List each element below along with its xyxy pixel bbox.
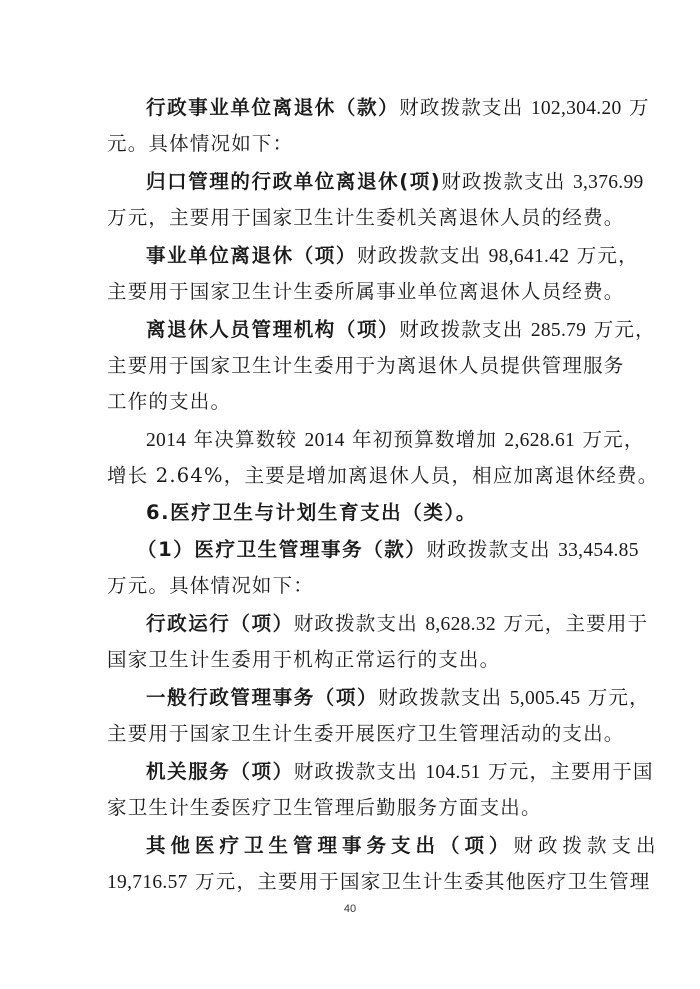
paragraph-line: 元。具体情况如下： xyxy=(107,126,593,162)
amount: 2,628.61 xyxy=(504,430,575,451)
body-text: 万元，主要用于 xyxy=(496,612,648,635)
amount: 285.79 xyxy=(531,320,586,341)
year: 2014 xyxy=(146,430,186,451)
paragraph-line: 增长 2.64%，主要是增加离退休人员，相应加离退休经费。 xyxy=(107,458,593,494)
body-text: 主要用于国家卫生计生委开展医疗卫生管理活动的支出。 xyxy=(107,722,625,745)
page-number: 40 xyxy=(0,903,700,915)
body-text: 财政拨款支出 xyxy=(399,318,531,341)
paragraph-line: 事业单位离退休（项）财政拨款支出 98,641.42 万元， xyxy=(107,238,593,274)
paragraph-line: 归口管理的行政单位离退休(项)财政拨款支出 3,376.99 xyxy=(107,164,593,200)
paragraph-line: 万元。具体情况如下： xyxy=(107,568,593,604)
paragraph-line: 其他医疗卫生管理事务支出（项）财政拨款支出 xyxy=(107,828,593,864)
body-text: 万元，主要用于国家卫生计生委机关离退休人员的经费。 xyxy=(107,206,625,229)
body-text: 年决算数较 xyxy=(186,428,304,451)
paragraph-line: 主要用于国家卫生计生委开展医疗卫生管理活动的支出。 xyxy=(107,716,593,752)
body-text: 财政拨款支出 xyxy=(441,170,573,193)
amount: 19,716.57 xyxy=(107,872,188,893)
body-text: 元。具体情况如下： xyxy=(107,132,293,155)
paragraph-line: 万元，主要用于国家卫生计生委机关离退休人员的经费。 xyxy=(107,200,593,236)
amount: 3,376.99 xyxy=(573,172,644,193)
amount: 98,641.42 xyxy=(489,246,570,267)
section-heading: 6.医疗卫生与计划生育支出（类）。 xyxy=(107,495,593,531)
paragraph-line: 家卫生计生委医疗卫生管理后勤服务方面支出。 xyxy=(107,790,593,826)
paragraph-line: 2014 年决算数较 2014 年初预算数增加 2,628.61 万元， xyxy=(107,422,593,458)
paragraph-line: 19,716.57 万元，主要用于国家卫生计生委其他医疗卫生管理 xyxy=(107,864,593,900)
body-text: 财政拨款支出 xyxy=(399,96,531,119)
body-text: 万元，主要用于国家卫生计生委其他医疗卫生管理 xyxy=(188,870,651,893)
paragraph-line: 机关服务（项）财政拨款支出 104.51 万元，主要用于国 xyxy=(107,754,593,790)
body-text: 财政拨款支出 xyxy=(357,244,489,267)
amount: 8,628.32 xyxy=(425,614,496,635)
item-heading: 离退休人员管理机构（项） xyxy=(146,318,399,341)
paragraph-line: 行政事业单位离退休（款）财政拨款支出 102,304.20 万 xyxy=(107,90,593,126)
item-heading: 事业单位离退休（项） xyxy=(146,244,357,267)
body-text: 年初预算数增加 xyxy=(345,428,505,451)
body-text: 万元， xyxy=(580,686,650,709)
body-text: 增长 2.64%，主要是增加离退休人员，相应加离退休经费。 xyxy=(107,464,658,487)
amount: 33,454.85 xyxy=(558,540,639,561)
item-heading: 行政事业单位离退休（款） xyxy=(146,96,399,119)
amount: 104.51 xyxy=(425,762,480,783)
body-text: 财政拨款支出 xyxy=(514,834,661,857)
paragraph-line: 离退休人员管理机构（项）财政拨款支出 285.79 万元， xyxy=(107,312,593,348)
item-heading: 其他医疗卫生管理事务支出（项） xyxy=(146,834,514,857)
paragraph-line: 主要用于国家卫生计生委所属事业单位离退休人员经费。 xyxy=(107,274,593,310)
body-text: 家卫生计生委医疗卫生管理后勤服务方面支出。 xyxy=(107,796,542,819)
body-text: 万元， xyxy=(575,428,645,451)
body-text: 财政拨款支出 xyxy=(294,612,426,635)
item-heading: 一般行政管理事务（项） xyxy=(146,686,378,709)
body-text: 万元，主要用于国 xyxy=(481,760,654,783)
paragraph-line: 主要用于国家卫生计生委用于为离退休人员提供管理服务 xyxy=(107,348,593,384)
body-text: 万元， xyxy=(586,318,656,341)
year: 2014 xyxy=(305,430,345,451)
item-heading: （1）医疗卫生管理事务（款） xyxy=(137,538,426,561)
body-text: 国家卫生计生委用于机构正常运行的支出。 xyxy=(107,648,500,671)
body-text: 财政拨款支出 xyxy=(294,760,426,783)
body-text: 万元。具体情况如下： xyxy=(107,574,314,597)
paragraph-line: 国家卫生计生委用于机构正常运行的支出。 xyxy=(107,642,593,678)
body-text: 财政拨款支出 xyxy=(426,538,558,561)
amount: 5,005.45 xyxy=(510,688,581,709)
paragraph-line: 工作的支出。 xyxy=(107,384,593,420)
amount: 102,304.20 xyxy=(531,98,622,119)
section-title: 6.医疗卫生与计划生育支出（类）。 xyxy=(146,501,477,524)
body-text: 工作的支出。 xyxy=(107,390,231,413)
paragraph-line: 一般行政管理事务（项）财政拨款支出 5,005.45 万元， xyxy=(107,680,593,716)
item-heading: 归口管理的行政单位离退休(项) xyxy=(146,170,441,193)
paragraph-line: （1）医疗卫生管理事务（款）财政拨款支出 33,454.85 xyxy=(107,532,593,568)
body-text: 财政拨款支出 xyxy=(378,686,510,709)
paragraph-line: 行政运行（项）财政拨款支出 8,628.32 万元，主要用于 xyxy=(107,606,593,642)
item-heading: 行政运行（项） xyxy=(146,612,294,635)
body-text: 主要用于国家卫生计生委用于为离退休人员提供管理服务 xyxy=(107,354,625,377)
body-text: 万 xyxy=(622,96,650,119)
item-heading: 机关服务（项） xyxy=(146,760,294,783)
body-text: 万元， xyxy=(569,244,639,267)
document-page: 行政事业单位离退休（款）财政拨款支出 102,304.20 万 元。具体情况如下… xyxy=(107,90,593,900)
body-text: 主要用于国家卫生计生委所属事业单位离退休人员经费。 xyxy=(107,280,625,303)
